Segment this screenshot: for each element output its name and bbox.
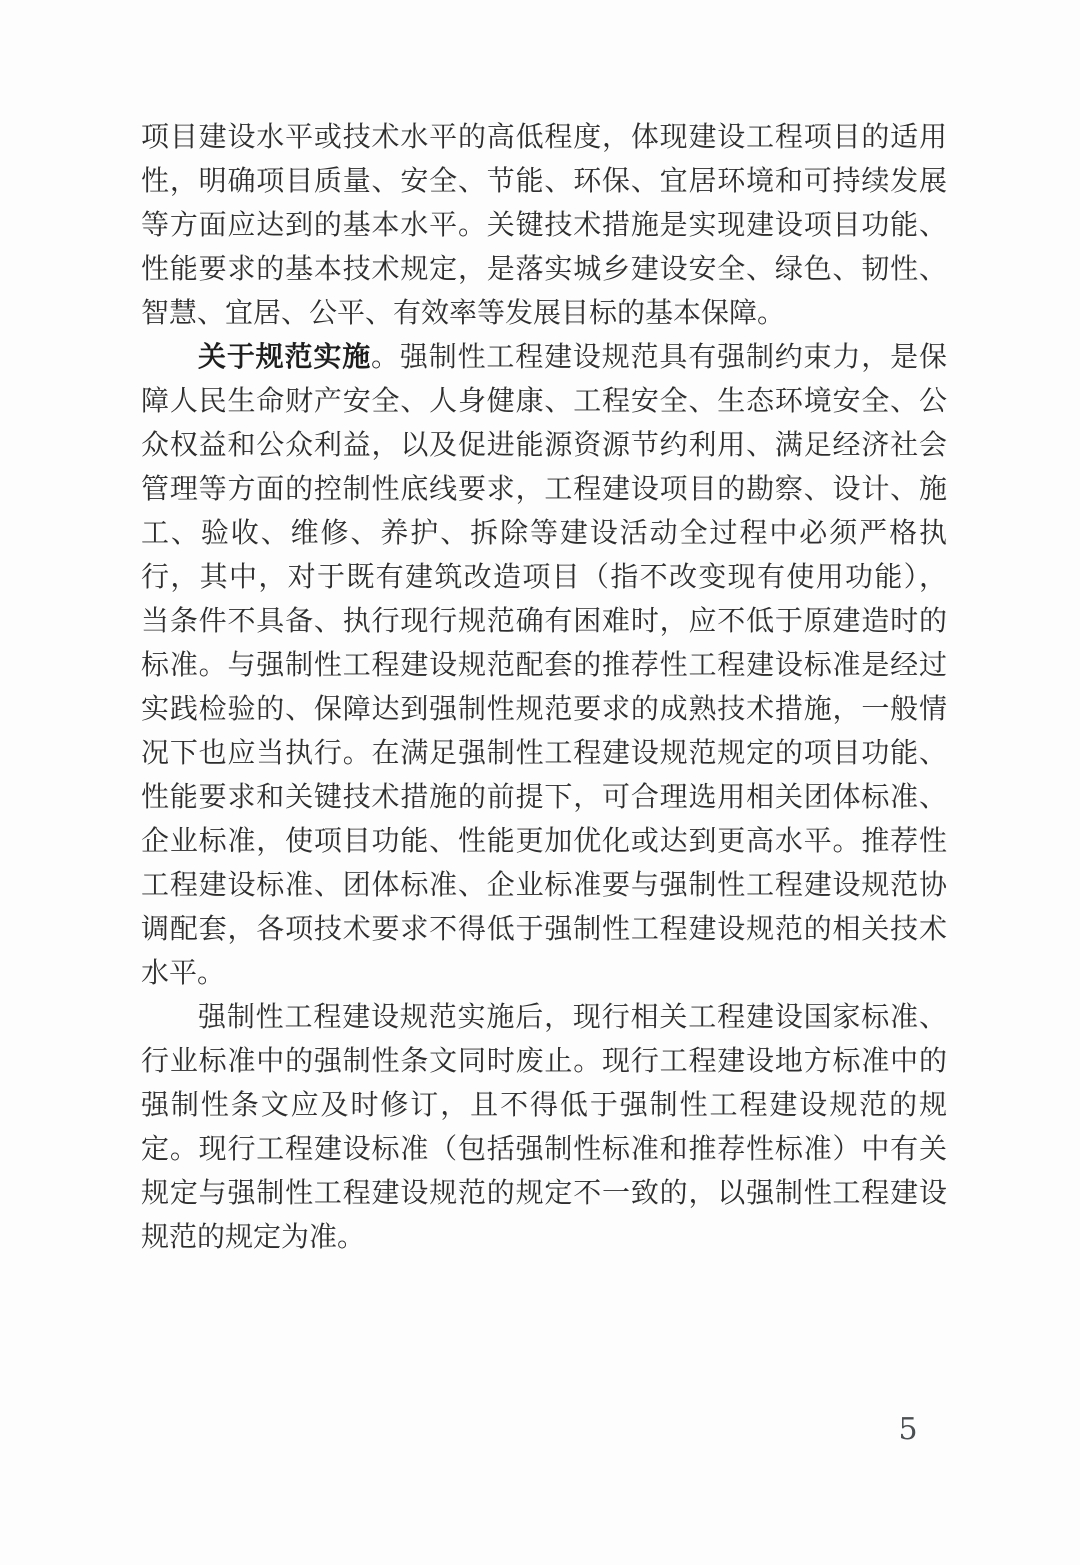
text-line: 行业标准中的强制性条文同时废止。现行工程建设地方标准中的 <box>141 1039 947 1083</box>
text-line: 性能要求和关键技术措施的前提下，可合理选用相关团体标准、 <box>141 775 947 819</box>
text-line: 障人民生命财产安全、人身健康、工程安全、生态环境安全、公 <box>141 379 947 423</box>
paragraph-lead-rest: 。强制性工程建设规范具有强制约束力，是保 <box>371 340 947 373</box>
text-line: 规范的规定为准。 <box>141 1215 947 1259</box>
text-line: 当条件不具备、执行现行规范确有困难时，应不低于原建造时的 <box>141 599 947 643</box>
text-line: 工、验收、维修、养护、拆除等建设活动全过程中必须严格执 <box>141 511 947 555</box>
text-line: 标准。与强制性工程建设规范配套的推荐性工程建设标准是经过 <box>141 643 947 687</box>
paragraph-3: 强制性工程建设规范实施后，现行相关工程建设国家标准、 行业标准中的强制性条文同时… <box>141 995 947 1259</box>
text-line: 水平。 <box>141 951 947 995</box>
text-line: 项目建设水平或技术水平的高低程度，体现建设工程项目的适用 <box>141 115 947 159</box>
text-line: 定。现行工程建设标准（包括强制性标准和推荐性标准）中有关 <box>141 1127 947 1171</box>
text-line: 众权益和公众利益，以及促进能源资源节约利用、满足经济社会 <box>141 423 947 467</box>
paragraph-1: 项目建设水平或技术水平的高低程度，体现建设工程项目的适用 性，明确项目质量、安全… <box>141 115 947 335</box>
text-line: 企业标准，使项目功能、性能更加优化或达到更高水平。推荐性 <box>141 819 947 863</box>
document-page: 项目建设水平或技术水平的高低程度，体现建设工程项目的适用 性，明确项目质量、安全… <box>0 0 1080 1565</box>
page-number: 5 <box>878 1408 938 1452</box>
text-line: 工程建设标准、团体标准、企业标准要与强制性工程建设规范协 <box>141 863 947 907</box>
text-line: 行，其中，对于既有建筑改造项目（指不改变现有使用功能）， <box>141 555 947 599</box>
text-line: 性，明确项目质量、安全、节能、环保、宜居环境和可持续发展 <box>141 159 947 203</box>
text-line: 关于规范实施。强制性工程建设规范具有强制约束力，是保 <box>141 335 947 379</box>
text-line: 性能要求的基本技术规定，是落实城乡建设安全、绿色、韧性、 <box>141 247 947 291</box>
text-line: 管理等方面的控制性底线要求，工程建设项目的勘察、设计、施 <box>141 467 947 511</box>
text-line: 智慧、宜居、公平、有效率等发展目标的基本保障。 <box>141 291 947 335</box>
text-line: 调配套，各项技术要求不得低于强制性工程建设规范的相关技术 <box>141 907 947 951</box>
text-line: 实践检验的、保障达到强制性规范要求的成熟技术措施，一般情 <box>141 687 947 731</box>
text-line: 规定与强制性工程建设规范的规定不一致的，以强制性工程建设 <box>141 1171 947 1215</box>
text-line: 强制性工程建设规范实施后，现行相关工程建设国家标准、 <box>141 995 947 1039</box>
page-body-text: 项目建设水平或技术水平的高低程度，体现建设工程项目的适用 性，明确项目质量、安全… <box>141 115 947 1259</box>
paragraph-lead-emphasis: 关于规范实施 <box>198 340 371 373</box>
text-line: 况下也应当执行。在满足强制性工程建设规范规定的项目功能、 <box>141 731 947 775</box>
text-line: 等方面应达到的基本水平。关键技术措施是实现建设项目功能、 <box>141 203 947 247</box>
text-line: 强制性条文应及时修订，且不得低于强制性工程建设规范的规 <box>141 1083 947 1127</box>
paragraph-2: 关于规范实施。强制性工程建设规范具有强制约束力，是保 障人民生命财产安全、人身健… <box>141 335 947 995</box>
